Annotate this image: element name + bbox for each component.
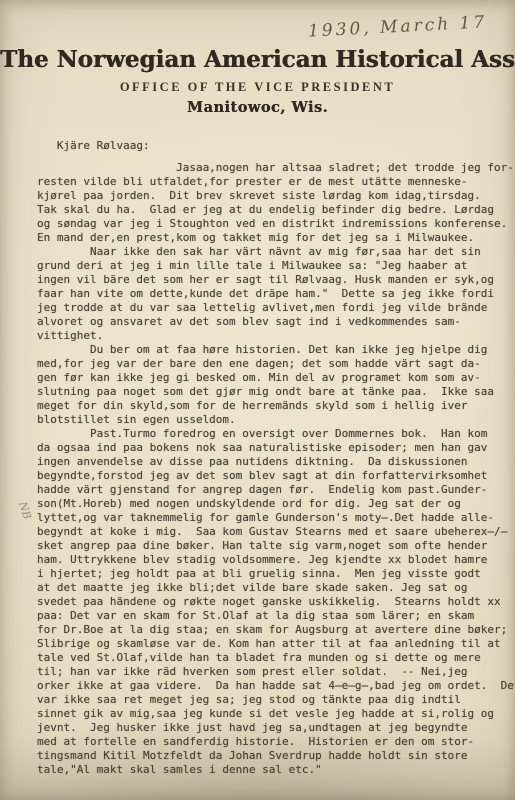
letter-line: jeg trodde at du var saa lettelig avlive…	[37, 301, 511, 315]
scanned-letter: 1930, March 17 The Norwegian American Hi…	[0, 0, 515, 800]
letter-line: tale,"Al makt skal samles i denne sal et…	[37, 763, 511, 777]
letter-line: i hjertet; jeg holdt paa at bli gruelig …	[37, 567, 511, 581]
letter-line: sinnet gik av mig,saa jeg kunde si det v…	[37, 707, 511, 721]
letterhead: The Norwegian American Historical Associ…	[0, 46, 515, 116]
letter-line: Jasaa,nogen har altsaa sladret; det trod…	[37, 161, 511, 175]
letter-line: ingen vil bäre det som her er sagt til R…	[37, 273, 511, 287]
letter-line: resten vilde bli utfaldet,for prester er…	[37, 175, 511, 189]
letter-line: Naar ikke den sak har värt nävnt av mig …	[37, 245, 511, 259]
letter-line: blotstillet sin egen usseldom.	[37, 413, 511, 427]
letter-line: orker ikke at gaa videre. Da han hadde s…	[37, 679, 511, 693]
letter-line: for Dr.Boe at la dig staa; en skam for A…	[37, 623, 511, 637]
letter-line: Past.Turmo foredrog en oversigt over Dom…	[37, 427, 511, 441]
city-line: Manitowoc, Wis.	[0, 99, 515, 116]
letter-line: son(Mt.Horeb) med nogen undskyldende ord…	[37, 497, 511, 511]
letter-line: meget for din skyld,som for de herremänd…	[37, 399, 511, 413]
letter-line: Tak skal du ha. Glad er jeg at du endeli…	[37, 203, 511, 217]
letter-line: alvoret og ansvaret av det som blev sagt…	[37, 315, 511, 329]
letter-line: at det maatte jeg ikke bli;det vilde bar…	[37, 581, 511, 595]
letter-line: med at fortelle en sandferdig historie. …	[37, 735, 511, 749]
letter-line: kjørel paa jorden. Dit brev skrevet sist…	[37, 189, 511, 203]
letter-line: da ogsaa ind paa bokens nok saa naturali…	[37, 441, 511, 455]
letter-line: paa: Det var en skam for St.Olaf at la d…	[37, 609, 511, 623]
organization-name: The Norwegian American Historical Associ…	[0, 46, 515, 73]
letter-line: faar han vite om dette,kunde det dräpe h…	[37, 287, 511, 301]
letter-paragraphs: Jasaa,nogen har altsaa sladret; det trod…	[37, 161, 511, 777]
letter-line: slutning paa noget som det gjør mig ondt…	[37, 385, 511, 399]
letter-line: til; han var ikke räd hverken som prest …	[37, 665, 511, 679]
letter-body: Kjäre Rølvaag: Jasaa,nogen har altsaa sl…	[37, 139, 511, 777]
letter-line: begyndte,forstod jeg av det som blev sag…	[37, 469, 511, 483]
letter-line: tingsmand Kitil Motzfeldt da Johan Sverd…	[37, 749, 511, 763]
letter-line: vittighet.	[37, 329, 511, 343]
letter-line: Du ber om at faa høre historien. Det kan…	[37, 343, 511, 357]
letter-line: tale ved St.Olaf,vilde han ta bladet fra…	[37, 651, 511, 665]
letter-line: var ikke saa ret meget jeg sa; jeg stod …	[37, 693, 511, 707]
salutation: Kjäre Rølvaag:	[37, 139, 511, 153]
letter-line: med,for jeg var der bare den ene dagen; …	[37, 357, 511, 371]
letter-line: og søndag var jeg i Stoughton ved en dis…	[37, 217, 511, 231]
letter-line: ham. Uttrykkene blev stadig voldsommere.…	[37, 553, 511, 567]
letter-line: Slibrige og skamløse var de. Kom han att…	[37, 637, 511, 651]
letter-line: grund deri at jeg i min lille tale i Mil…	[37, 259, 511, 273]
letter-line: lyttet,og var taknemmelig for gamle Gund…	[37, 511, 511, 525]
letter-line: gen før kan ikke jeg gi besked om. Min d…	[37, 371, 511, 385]
letter-line: sket angrep paa dine bøker. Han talte si…	[37, 539, 511, 553]
letter-line: ingen anvendelse av disse paa nutidens d…	[37, 455, 511, 469]
letter-line: jevnt. Jeg husker ikke just havd jeg sa,…	[37, 721, 511, 735]
office-line: OFFICE OF THE VICE PRESIDENT	[0, 80, 515, 95]
letter-line: begyndt at koke i mig. Saa kom Gustav St…	[37, 525, 511, 539]
letter-line: svedet paa händene og røkte noget ganske…	[37, 595, 511, 609]
letter-line: hadde värt gjenstand for angrep dagen fø…	[37, 483, 511, 497]
letter-line: En mand der,en prest,kom og takket mig f…	[37, 231, 511, 245]
